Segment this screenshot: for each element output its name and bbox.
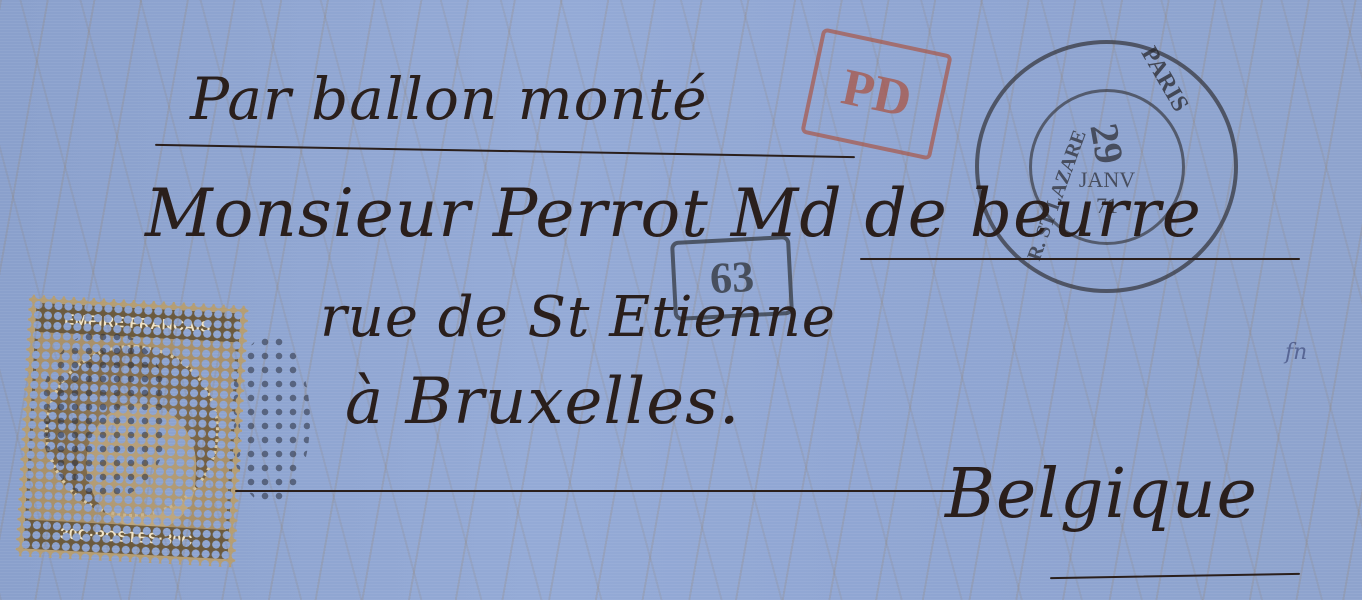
envelope-cover: EMPIRE FRANÇAIS 30C·POSTES·30C PD PARIS … bbox=[0, 0, 1362, 600]
address-city: à Bruxelles. bbox=[345, 365, 740, 439]
underline-2 bbox=[235, 490, 955, 492]
address-country: Belgique bbox=[945, 455, 1258, 534]
underline-3 bbox=[1050, 573, 1300, 579]
stamp-bottom-text: 30C·POSTES·30C bbox=[27, 520, 226, 556]
pencil-annotation: fn bbox=[1285, 340, 1307, 365]
underline-1 bbox=[155, 144, 855, 158]
addressee-name: Monsieur Perrot Md de beurre bbox=[145, 175, 1202, 252]
paris-date-postmark: PARIS R. ST LAZARE 29 JANV 71 bbox=[975, 40, 1238, 293]
stamp-cancel-dots bbox=[40, 330, 170, 500]
underline-addressee bbox=[860, 258, 1300, 260]
stamp-top-text: EMPIRE FRANÇAIS bbox=[38, 306, 237, 342]
address-street: rue de St Etienne bbox=[320, 285, 836, 350]
pd-postmark: PD bbox=[800, 27, 953, 160]
routing-instruction: Par ballon monté bbox=[190, 65, 708, 133]
